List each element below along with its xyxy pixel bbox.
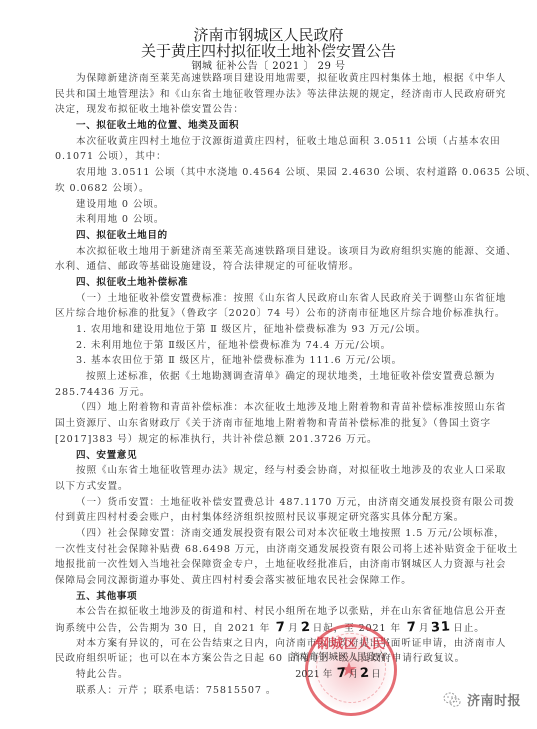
list-item: 1. 农用地和建设用地位于第 Ⅱ 级区片，征地补偿费标准为 93 万元/公顷。 bbox=[55, 322, 481, 338]
paragraph-line: 区片综合地价标准的批复》（鲁政字〔2020〕74 号）公布的济南市征地区片综合地… bbox=[55, 306, 481, 322]
paragraph-line: 付到黄庄四村村委会账户，由村集体经济组织按照村民议事规定研究落实具体分配方案。 bbox=[55, 510, 481, 526]
paragraph-line: 按照上述标准，依据《土地勘测调查清单》确定的现状地类，土地征收补偿安置费总额为 bbox=[55, 369, 481, 385]
paragraph-line: 地报批前一次性划入当地社会保障资金专户，土地征收经批准后，由济南市钢城区人力资源… bbox=[55, 557, 481, 573]
period-text: 日止。 bbox=[453, 623, 484, 634]
signature-block: 济南市钢城区人民政府 2021 年 7月2日 bbox=[283, 650, 393, 683]
paragraph-line: 农用地 3.0511 公顷（其中水浇地 0.4564 公顷、果园 2.4630 … bbox=[55, 165, 481, 181]
section-heading-purpose: 四、拟征收土地目的 bbox=[55, 228, 481, 244]
watermark-label: 济南时报 bbox=[467, 690, 521, 709]
section-heading-resettlement: 四、安置意见 bbox=[55, 448, 481, 464]
section-heading-other-matters: 五、其他事项 bbox=[55, 589, 481, 605]
paragraph-line: 民政府组织听证；也可以在本方案公告之日起 60 日内向上一级人民政府申请行政复议… bbox=[55, 651, 481, 667]
source-watermark: 济南时报 bbox=[443, 690, 521, 709]
signature-date: 2021 年 7月2日 bbox=[283, 666, 393, 683]
paragraph-line: 未利用地 0 公顷。 bbox=[55, 212, 481, 228]
date-text: 日 bbox=[371, 669, 381, 680]
period-text: 月 bbox=[419, 623, 430, 634]
section-heading-compensation: 四、拟征收土地补偿标准 bbox=[55, 275, 481, 291]
paragraph-line: [2017]383 号）规定的标准执行，共计补偿总额 201.3726 万元。 bbox=[55, 432, 481, 448]
period-text: 询系统中公告，公告期为 30 日，自 2021 年 bbox=[55, 623, 274, 634]
paragraph-line: 本次拟征收土地用于新建济南至莱芜高速铁路项目建设。该项目为政府组织实施的能源、交… bbox=[55, 244, 481, 260]
intro-line: 决定，现发布拟征收土地补偿安置公告： bbox=[55, 102, 481, 118]
date-year: 2021 年 bbox=[295, 669, 332, 680]
list-item: 2. 未利用地位于第 Ⅱ级区片，征地补偿费标准为 74.4 万元/公顷。 bbox=[55, 338, 481, 354]
handwritten-month: 7 bbox=[406, 620, 417, 636]
paragraph-line: 建设用地 0 公顷。 bbox=[55, 197, 481, 213]
paragraph-line: 保障局会同汶源街道办事处、黄庄四村村委会落实被征地农民社会保障工作。 bbox=[55, 573, 481, 589]
handwritten-day: 2 bbox=[360, 666, 370, 683]
paragraph-line: 285.74436 万元。 bbox=[55, 385, 481, 401]
paragraph-line: （一）土地征收补偿安置费标准：按照《山东省人民政府山东省人民政府关于调整山东省征… bbox=[55, 291, 481, 307]
wechat-icon bbox=[443, 692, 461, 708]
paragraph-line: 本次征收黄庄四村土地位于汶源街道黄庄四村，征收土地总面积 3.0511 公顷（占… bbox=[55, 134, 481, 150]
list-item: 3. 基本农田位于第 Ⅱ 级区片，征地补偿费标准为 111.6 万元/公顷。 bbox=[55, 353, 481, 369]
paragraph-line: 国土资源厅、山东省财政厅《关于济南市征地地上附着物和青苗补偿标准的批复》（鲁国土… bbox=[55, 416, 481, 432]
paragraph-line: （四）地上附着物和青苗补偿标准：本次征收土地涉及地上附着物和青苗补偿标准按照山东… bbox=[55, 400, 481, 416]
paragraph-line: 对本方案有异议的，可在公告结束之日内，向济南市人民政府提出书面听证申请，由济南市… bbox=[55, 636, 481, 652]
intro-line: 民共和国土地管理法》和《山东省土地征收管理办法》等法律法规的规定，经济南市人民政… bbox=[55, 87, 481, 103]
paragraph-line: 0.1071 公顷），其中： bbox=[55, 149, 481, 165]
paragraph-line: 坎 0.0682 公顷）。 bbox=[55, 181, 481, 197]
date-text: 月 bbox=[348, 669, 358, 680]
paragraph-line: 一次性支付社会保障补贴费 68.6498 万元，由济南交通发展投资有限公司将上述… bbox=[55, 542, 481, 558]
paragraph-line: 水利、通信、邮政等基础设施建设，符合法律规定的可征收情形。 bbox=[55, 259, 481, 275]
contact-line: 联系人：亓芹 ；联系电话：75815507 。 bbox=[55, 683, 481, 699]
paragraph-line: （一）货币安置：土地征收补偿安置费总计 487.1170 万元，由济南交通发展投… bbox=[55, 495, 481, 511]
announcement-period-line: 询系统中公告，公告期为 30 日，自 2021 年 7月2日起，至 2021 年… bbox=[55, 620, 481, 636]
paragraph-line: （四）社会保障安置：济南交通发展投资有限公司对本次征收土地按照 1.5 万元/公… bbox=[55, 526, 481, 542]
section-heading-location: 一、拟征收土地的位置、地类及面积 bbox=[55, 118, 481, 134]
paragraph-line: 以下方式安置。 bbox=[55, 479, 481, 495]
period-text: 月 bbox=[288, 623, 299, 634]
closing-line: 特此公告。 bbox=[55, 667, 481, 683]
document-number: 钢城 征补公告〔 2021 〕 29 号 bbox=[0, 57, 537, 72]
handwritten-day: 31 bbox=[431, 619, 452, 636]
signature-org: 济南市钢城区人民政府 bbox=[283, 650, 393, 666]
paragraph-line: 按照《山东省土地征收管理办法》规定，经与村委会协商，对拟征收土地涉及的农业人口采… bbox=[55, 463, 481, 479]
paragraph-line: 本公告在拟征收土地涉及的街道和村、村民小组所在地予以张贴，并在山东省征地信息公开… bbox=[55, 604, 481, 620]
intro-line: 为保障新建济南至莱芜高速铁路项目建设用地需要，拟征收黄庄四村集体土地，根据《中华… bbox=[55, 71, 481, 87]
handwritten-month: 7 bbox=[276, 620, 287, 636]
handwritten-month: 7 bbox=[337, 666, 347, 683]
document-body: 为保障新建济南至莱芜高速铁路项目建设用地需要，拟征收黄庄四村集体土地，根据《中华… bbox=[55, 71, 481, 699]
